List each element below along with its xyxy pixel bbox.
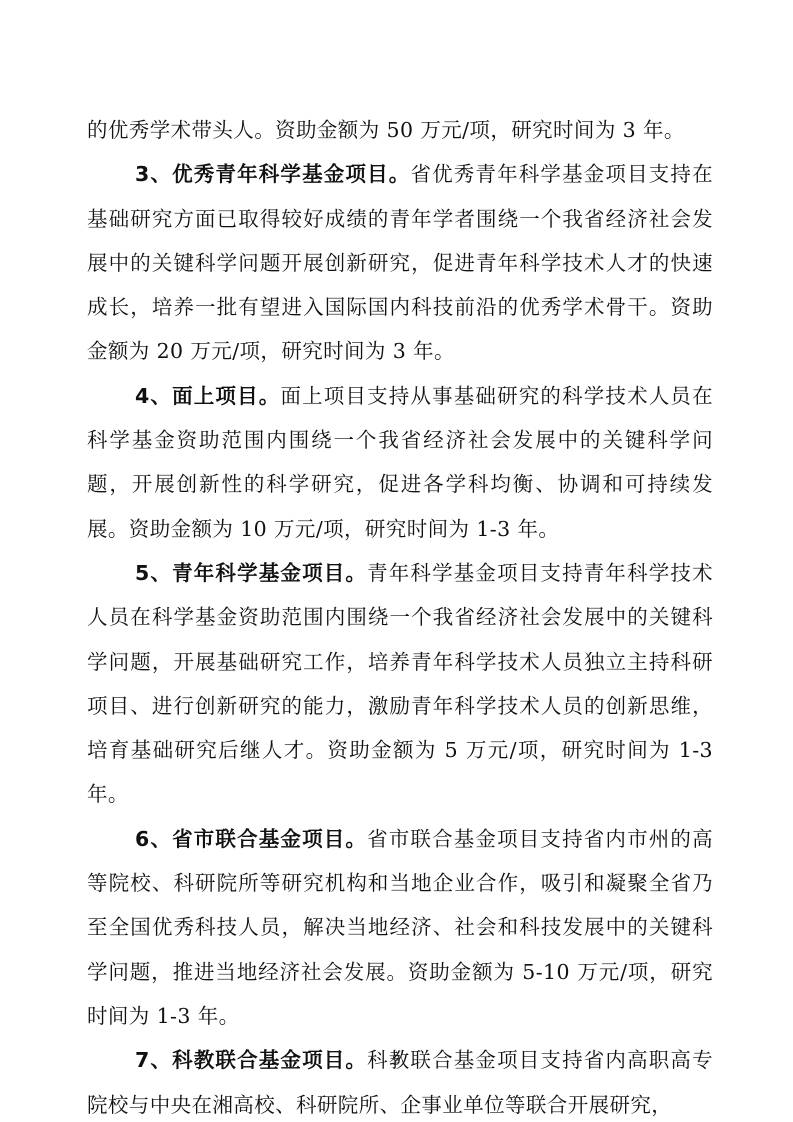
paragraph-science-education-joint-fund: 7、科教联合基金项目。科教联合基金项目支持省内高职高专院校与中央在湘高校、科研院… — [87, 1038, 713, 1122]
paragraph-body: 省优秀青年科学基金项目支持在基础研究方面已取得较好成绩的青年学者围绕一个我省经济… — [87, 162, 713, 363]
paragraph-heading: 6、省市联合基金项目。 — [135, 827, 367, 851]
paragraph-continuation: 的优秀学术带头人。资助金额为 50 万元/项，研究时间为 3 年。 — [87, 108, 713, 152]
document-page: 的优秀学术带头人。资助金额为 50 万元/项，研究时间为 3 年。 3、优秀青年… — [87, 108, 713, 1122]
paragraph-body: 省市联合基金项目支持省内市州的高等院校、科研院所等研究机构和当地企业合作，吸引和… — [87, 827, 713, 1028]
paragraph-body: 的优秀学术带头人。资助金额为 50 万元/项，研究时间为 3 年。 — [87, 118, 685, 142]
page-number: 9 — [0, 1052, 793, 1070]
paragraph-general-program: 4、面上项目。面上项目支持从事基础研究的科学技术人员在科学基金资助范围内围绕一个… — [87, 374, 713, 551]
paragraph-excellent-youth-fund: 3、优秀青年科学基金项目。省优秀青年科学基金项目支持在基础研究方面已取得较好成绩… — [87, 152, 713, 373]
paragraph-youth-fund: 5、青年科学基金项目。青年科学基金项目支持青年科学技术人员在科学基金资助范围内围… — [87, 551, 713, 817]
paragraph-body: 青年科学基金项目支持青年科学技术人员在科学基金资助范围内围绕一个我省经济社会发展… — [87, 561, 713, 806]
paragraph-heading: 3、优秀青年科学基金项目。 — [135, 162, 410, 186]
paragraph-heading: 5、青年科学基金项目。 — [135, 561, 367, 585]
paragraph-province-city-joint-fund: 6、省市联合基金项目。省市联合基金项目支持省内市州的高等院校、科研院所等研究机构… — [87, 817, 713, 1038]
paragraph-heading: 4、面上项目。 — [135, 384, 280, 408]
